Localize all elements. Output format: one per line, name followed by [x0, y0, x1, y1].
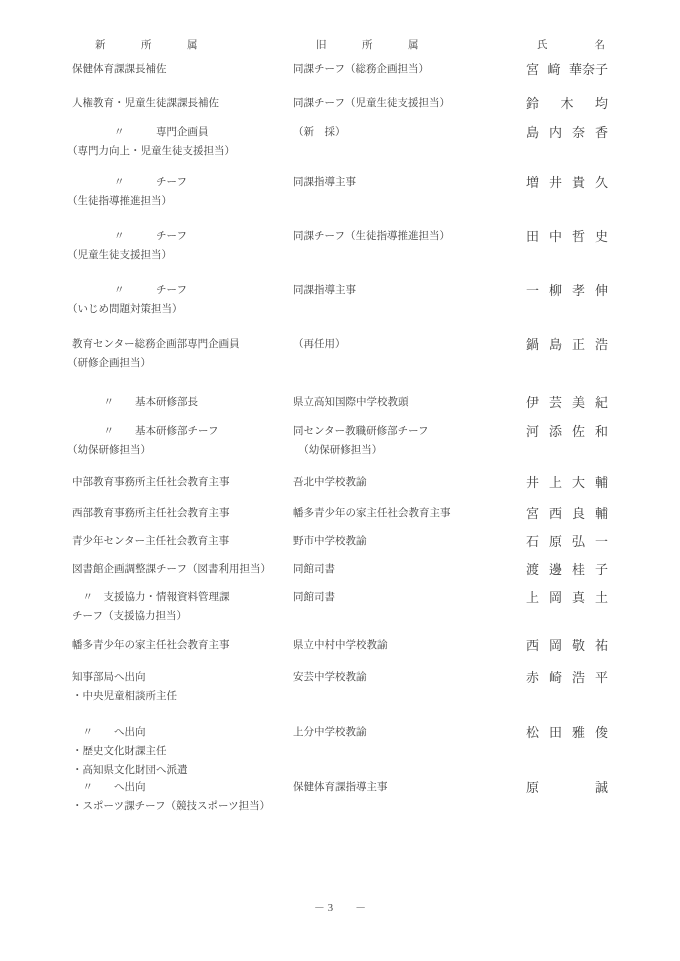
person-name-part: 敬	[572, 636, 585, 655]
new-assignment-line: （幼保研修担当）	[67, 441, 290, 460]
person-name-part: 一	[526, 281, 539, 300]
new-assignment-line: 〃 チーフ	[72, 227, 290, 246]
person-name-part: 浩	[572, 668, 585, 687]
new-assignment: 〃 へ出向・歴史文化財課主任・高知県文化財団へ派遣	[72, 723, 290, 780]
person-name-part: 渡	[526, 560, 539, 579]
old-assignment-line: 幡多青少年の家主任社会教育主事	[293, 504, 523, 523]
person-name-part: 赤	[526, 668, 539, 687]
person-name-part: 岡	[549, 636, 562, 655]
person-name-part: 久	[595, 173, 608, 192]
old-assignment-line: 同課チーフ（生徒指導推進担当）	[293, 227, 523, 246]
old-assignment: 上分中学校教諭	[293, 723, 523, 742]
person-name-part: 伊	[526, 393, 539, 412]
new-assignment-line: チーフ（支援協力担当）	[72, 607, 290, 626]
person-name-part: 俊	[595, 723, 608, 742]
old-assignment-line: 同課指導主事	[293, 173, 523, 192]
person-name-part: 松	[526, 723, 539, 742]
person-name-part: 上	[526, 588, 539, 607]
person-name-part: 中	[549, 227, 562, 246]
new-assignment: 〃 へ出向・スポーツ課チーフ（競技スポーツ担当）	[72, 778, 290, 816]
person-name-part: 宮	[526, 504, 539, 523]
person-name: 宮﨑華奈子	[526, 60, 608, 79]
person-name: 井上大輔	[526, 473, 608, 492]
person-name-part: 西	[549, 504, 562, 523]
old-assignment-line: 野市中学校教諭	[293, 532, 523, 551]
new-assignment: 保健体育課課長補佐	[72, 60, 290, 79]
old-assignment: 県立中村中学校教諭	[293, 636, 523, 655]
old-assignment: 同センター教職研修部チーフ （幼保研修担当）	[293, 422, 523, 460]
old-assignment: 同課指導主事	[293, 281, 523, 300]
person-name: 伊芸美紀	[526, 393, 608, 412]
person-name-part: 鈴	[526, 94, 539, 113]
new-assignment: 〃 基本研修部長	[72, 393, 290, 412]
person-name-part: 美	[572, 393, 585, 412]
old-assignment: 安芸中学校教諭	[293, 668, 523, 687]
new-assignment: 人権教育・児童生徒課課長補佐	[72, 94, 290, 113]
old-assignment-line: （幼保研修担当）	[293, 441, 523, 460]
new-assignment: 幡多青少年の家主任社会教育主事	[72, 636, 290, 655]
new-assignment: 〃 支援協力・情報資料管理課チーフ（支援協力担当）	[72, 588, 290, 626]
person-name-part: 雅	[572, 723, 585, 742]
old-assignment-line: 上分中学校教諭	[293, 723, 523, 742]
person-name-part: 原	[549, 532, 562, 551]
person-name-part: 原	[526, 778, 539, 797]
person-name-part: 柳	[549, 281, 562, 300]
person-name-part: 井	[526, 473, 539, 492]
person-name-part: 一	[595, 532, 608, 551]
person-name-part: 内	[549, 123, 562, 142]
new-assignment-line: （専門力向上・児童生徒支援担当）	[67, 142, 290, 161]
person-name: 石原弘一	[526, 532, 608, 551]
old-assignment-line: 同課チーフ（児童生徒支援担当）	[293, 94, 523, 113]
new-assignment-line: ・スポーツ課チーフ（競技スポーツ担当）	[72, 797, 290, 816]
old-assignment-line: （新 採）	[293, 123, 523, 142]
old-assignment: 保健体育課指導主事	[293, 778, 523, 797]
person-name-part: 田	[526, 227, 539, 246]
person-name-part: 子	[595, 560, 608, 579]
old-assignment-line: 保健体育課指導主事	[293, 778, 523, 797]
person-name-part: 大	[572, 473, 585, 492]
person-name: 一柳孝伸	[526, 281, 608, 300]
person-name: 鈴木均	[526, 94, 608, 113]
old-assignment: 野市中学校教諭	[293, 532, 523, 551]
person-name-part: 哲	[572, 227, 585, 246]
person-name-part: 伸	[595, 281, 608, 300]
old-assignment-line: 同課指導主事	[293, 281, 523, 300]
new-assignment-line: 〃 支援協力・情報資料管理課	[72, 588, 290, 607]
old-assignment: 同館司書	[293, 588, 523, 607]
person-name: 上岡真土	[526, 588, 608, 607]
new-assignment-line: 〃 へ出向	[72, 778, 290, 797]
new-assignment: 図書館企画調整課チーフ（図書利用担当）	[72, 560, 290, 579]
new-assignment-line: （児童生徒支援担当）	[67, 246, 290, 265]
new-assignment-line: （生徒指導推進担当）	[67, 192, 290, 211]
person-name: 宮西良輔	[526, 504, 608, 523]
person-name-part: 輔	[595, 473, 608, 492]
person-name: 増井貴久	[526, 173, 608, 192]
old-assignment: （再任用）	[293, 335, 523, 354]
person-name-part: 鍋	[526, 335, 539, 354]
new-assignment-line: 教育センター総務企画部専門企画員	[72, 335, 290, 354]
new-assignment-line: 〃 基本研修部チーフ	[72, 422, 290, 441]
person-name-part: 島	[526, 123, 539, 142]
new-assignment-line: （いじめ問題対策担当）	[67, 300, 290, 319]
person-name-part: 島	[549, 335, 562, 354]
person-name-part: 紀	[595, 393, 608, 412]
person-name-part: 孝	[572, 281, 585, 300]
old-assignment: 同課チーフ（児童生徒支援担当）	[293, 94, 523, 113]
person-name-part: 邊	[549, 560, 562, 579]
old-assignment: 同課チーフ（生徒指導推進担当）	[293, 227, 523, 246]
old-assignment: （新 採）	[293, 123, 523, 142]
old-assignment-line: 同センター教職研修部チーフ	[293, 422, 523, 441]
person-name-part: 井	[549, 173, 562, 192]
old-assignment-line: 同課チーフ（総務企画担当）	[293, 60, 523, 79]
new-assignment-line: 青少年センター主任社会教育主事	[72, 532, 290, 551]
old-assignment: 同館司書	[293, 560, 523, 579]
person-name: 赤崎浩平	[526, 668, 608, 687]
person-name-part: 誠	[595, 778, 608, 797]
person-name-part: 真	[572, 588, 585, 607]
new-assignment: 西部教育事務所主任社会教育主事	[72, 504, 290, 523]
person-name-part: 添	[549, 422, 562, 441]
new-assignment: 知事部局へ出向・中央児童相談所主任	[72, 668, 290, 706]
new-assignment-line: 〃 基本研修部長	[72, 393, 290, 412]
page-number: － 3 －	[0, 899, 680, 918]
person-name-part: 木	[560, 94, 573, 113]
person-name-part: 崎	[549, 668, 562, 687]
person-name-part: 浩	[595, 335, 608, 354]
person-name-part: 西	[526, 636, 539, 655]
person-name-part: 岡	[549, 588, 562, 607]
new-assignment-line: 幡多青少年の家主任社会教育主事	[72, 636, 290, 655]
person-name-part: 輔	[595, 504, 608, 523]
old-assignment-line: 県立中村中学校教諭	[293, 636, 523, 655]
new-assignment: 青少年センター主任社会教育主事	[72, 532, 290, 551]
new-assignment: 〃 チーフ（生徒指導推進担当）	[72, 173, 290, 211]
old-assignment: 吾北中学校教諭	[293, 473, 523, 492]
new-assignment-line: 〃 へ出向	[72, 723, 290, 742]
person-name-part: 平	[595, 668, 608, 687]
new-assignment: 〃 チーフ（児童生徒支援担当）	[72, 227, 290, 265]
person-name-part: 均	[595, 94, 608, 113]
person-name-part: 和	[595, 422, 608, 441]
new-assignment-line: 保健体育課課長補佐	[72, 60, 290, 79]
new-assignment-line: 図書館企画調整課チーフ（図書利用担当）	[72, 560, 290, 579]
person-name: 渡邊桂子	[526, 560, 608, 579]
person-name: 島内奈香	[526, 123, 608, 142]
person-name-part: 田	[549, 723, 562, 742]
person-name-part: 史	[595, 227, 608, 246]
new-assignment-line: 中部教育事務所主任社会教育主事	[72, 473, 290, 492]
column-header-name: 氏 名	[537, 36, 606, 55]
old-assignment-line: 県立高知国際中学校教頭	[293, 393, 523, 412]
person-name-part: 上	[549, 473, 562, 492]
old-assignment-line: 同館司書	[293, 588, 523, 607]
new-assignment: 〃 チーフ（いじめ問題対策担当）	[72, 281, 290, 319]
new-assignment: 〃 専門企画員（専門力向上・児童生徒支援担当）	[72, 123, 290, 161]
person-name-part: 貴	[572, 173, 585, 192]
person-name-part: 香	[595, 123, 608, 142]
new-assignment-line: （研修企画担当）	[67, 354, 290, 373]
new-assignment: 中部教育事務所主任社会教育主事	[72, 473, 290, 492]
document-page: 新 所 属 旧 所 属 氏 名 保健体育課課長補佐同課チーフ（総務企画担当）宮﨑…	[0, 0, 680, 961]
person-name-part: 土	[595, 588, 608, 607]
old-assignment-line: 安芸中学校教諭	[293, 668, 523, 687]
person-name: 原誠	[526, 778, 608, 797]
old-assignment-line: 同館司書	[293, 560, 523, 579]
person-name: 鍋島正浩	[526, 335, 608, 354]
new-assignment-line: 人権教育・児童生徒課課長補佐	[72, 94, 290, 113]
person-name-part: 佐	[572, 422, 585, 441]
person-name-part: 石	[526, 532, 539, 551]
new-assignment-line: ・中央児童相談所主任	[72, 687, 290, 706]
old-assignment-line: 吾北中学校教諭	[293, 473, 523, 492]
new-assignment-line: ・歴史文化財課主任	[72, 742, 290, 761]
person-name: 西岡敬祐	[526, 636, 608, 655]
person-name-part: 宮	[526, 60, 539, 79]
person-name-part: 祐	[595, 636, 608, 655]
person-name: 河添佐和	[526, 422, 608, 441]
person-name-part: 正	[572, 335, 585, 354]
person-name-part: 奈	[572, 123, 585, 142]
new-assignment-line: 〃 チーフ	[72, 173, 290, 192]
old-assignment: 県立高知国際中学校教頭	[293, 393, 523, 412]
column-header-new-assignment: 新 所 属	[72, 36, 199, 55]
new-assignment: 〃 基本研修部チーフ（幼保研修担当）	[72, 422, 290, 460]
person-name-part: 芸	[549, 393, 562, 412]
column-header-old-assignment: 旧 所 属	[293, 36, 420, 55]
person-name-part: 﨑	[547, 60, 560, 79]
person-name-part: 弘	[572, 532, 585, 551]
new-assignment-line: 知事部局へ出向	[72, 668, 290, 687]
new-assignment-line: 〃 チーフ	[72, 281, 290, 300]
old-assignment: 幡多青少年の家主任社会教育主事	[293, 504, 523, 523]
new-assignment: 教育センター総務企画部専門企画員（研修企画担当）	[72, 335, 290, 373]
person-name: 田中哲史	[526, 227, 608, 246]
person-name-part: 良	[572, 504, 585, 523]
person-name-part: 桂	[572, 560, 585, 579]
new-assignment-line: 西部教育事務所主任社会教育主事	[72, 504, 290, 523]
person-name: 松田雅俊	[526, 723, 608, 742]
person-name-part: 河	[526, 422, 539, 441]
old-assignment-line: （再任用）	[293, 335, 523, 354]
person-name-part: 増	[526, 173, 539, 192]
person-name-part: 華奈子	[569, 60, 608, 79]
old-assignment: 同課チーフ（総務企画担当）	[293, 60, 523, 79]
old-assignment: 同課指導主事	[293, 173, 523, 192]
new-assignment-line: 〃 専門企画員	[72, 123, 290, 142]
